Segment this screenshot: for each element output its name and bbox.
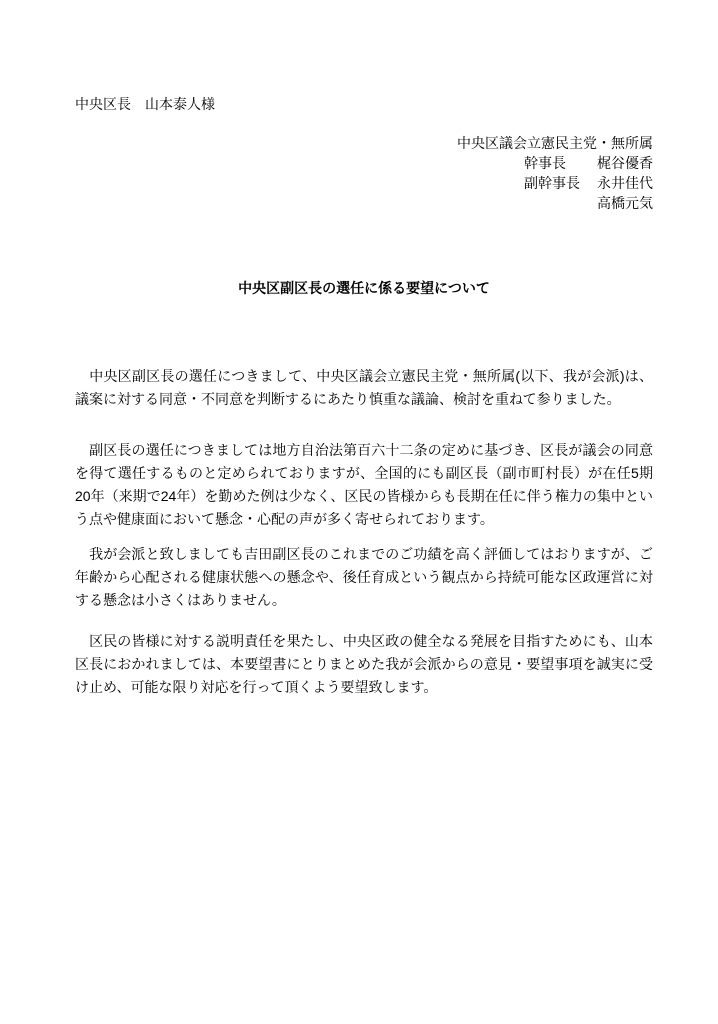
sender-organization: 中央区議会立憲民主党・無所属 (457, 133, 653, 153)
document-page: 中央区長 山本泰人様 中央区議会立憲民主党・無所属 幹事長 梶谷優香 副幹事長 … (0, 0, 718, 1024)
paragraph: 区民の皆様に対する説明責任を果たし、中央区政の健全なる発展を目指すためにも、山本… (75, 630, 653, 699)
paragraph: 副区長の選任につきましては地方自治法第百六十二条の定めに基づき、区長が議会の同意… (75, 439, 653, 531)
sender-member-line: 幹事長 梶谷優香 (457, 153, 653, 173)
sender-member-name: 永井佳代 (597, 173, 653, 193)
document-title: 中央区副区長の選任に係る要望について (75, 277, 653, 300)
sender-member-line: 副幹事長 永井佳代 (457, 173, 653, 193)
recipient-line: 中央区長 山本泰人様 (75, 94, 653, 114)
paragraph: 我が会派と致しましても吉田副区長のこれまでのご功績を高く評価してはおりますが、ご… (75, 543, 653, 612)
paragraph: 中央区副区長の選任につきまして、中央区議会立憲民主党・無所属(以下、我が会派)は… (75, 365, 653, 411)
document-body: 中央区副区長の選任につきまして、中央区議会立憲民主党・無所属(以下、我が会派)は… (75, 365, 653, 699)
sender-member-role: 幹事長 (524, 153, 597, 173)
sender-block: 中央区議会立憲民主党・無所属 幹事長 梶谷優香 副幹事長 永井佳代 高橋元気 (457, 133, 653, 213)
sender-member-name: 梶谷優香 (597, 153, 653, 173)
sender-member-role: 副幹事長 (524, 173, 597, 193)
sender-member-name: 高橋元気 (597, 193, 653, 213)
sender-member-role (524, 193, 597, 213)
sender-member-line: 高橋元気 (457, 193, 653, 213)
